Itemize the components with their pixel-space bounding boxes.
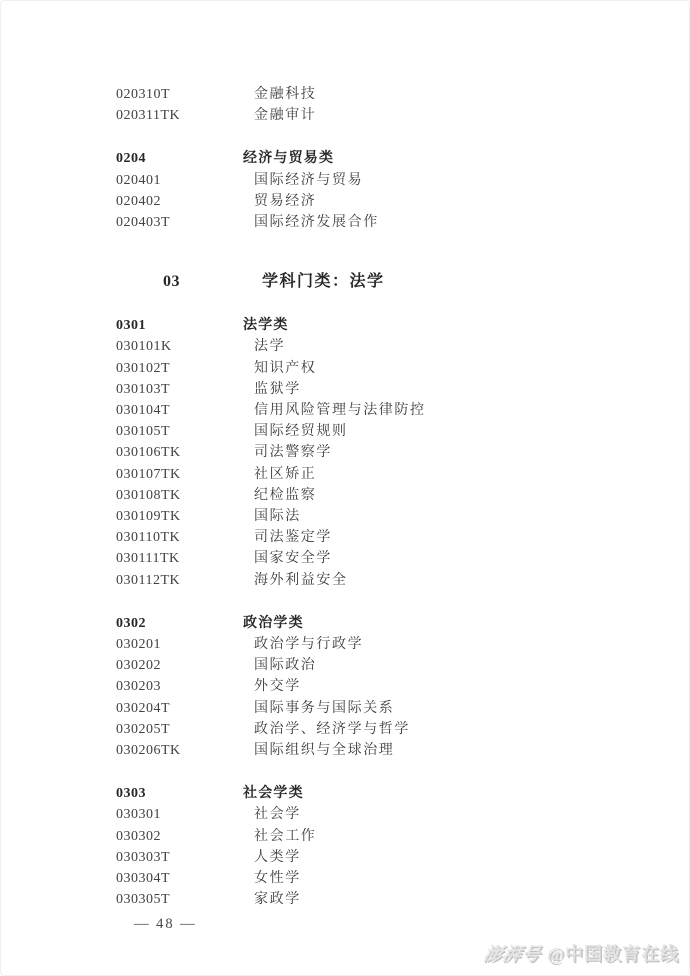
category-code: 0301: [116, 315, 243, 336]
major-rows: 030201 政治学与行政学 030202 国际政治 030203 外交学: [116, 634, 689, 761]
major-rows: 030301 社会学 030302 社会工作 030303T 人类学: [116, 804, 689, 910]
category-code: 0303: [116, 783, 243, 804]
table-row: 030201 政治学与行政学: [116, 634, 689, 655]
table-row: 020402 贸易经济: [116, 191, 689, 212]
major-name: 国际政治: [243, 655, 316, 676]
major-code: 030201: [116, 634, 243, 655]
major-name: 司法鉴定学: [243, 527, 332, 548]
major-code: 030302: [116, 826, 243, 847]
category-heading-row: 0303 社会学类: [116, 783, 689, 804]
major-group: 0204 经济与贸易类 020401 国际经济与贸易 020402 贸易经济: [116, 148, 689, 233]
discipline-section-code: 03: [163, 269, 258, 294]
major-code: 030304T: [116, 868, 243, 889]
major-name: 法学: [243, 336, 285, 357]
major-code: 030303T: [116, 847, 243, 868]
category-heading-row: 0302 政治学类: [116, 613, 689, 634]
major-name: 海外利益安全: [243, 570, 348, 591]
table-row: 030101K 法学: [116, 336, 689, 357]
major-name: 政治学、经济学与哲学: [243, 719, 410, 740]
major-code: 020311TK: [116, 105, 243, 126]
major-name: 信用风险管理与法律防控: [243, 400, 426, 421]
major-name: 社区矫正: [243, 464, 316, 485]
major-name: 外交学: [243, 676, 301, 697]
major-rows: 020310T 金融科技 020311TK 金融审计: [116, 84, 689, 126]
major-code: 030101K: [116, 336, 243, 357]
category-name: 法学类: [243, 315, 289, 336]
major-name: 国际经济与贸易: [243, 170, 363, 191]
major-name: 国际法: [243, 506, 301, 527]
major-code: 030112TK: [116, 570, 243, 591]
table-row: 030204T 国际事务与国际关系: [116, 698, 689, 719]
major-name: 国际事务与国际关系: [243, 698, 394, 719]
major-name: 纪检监察: [243, 485, 316, 506]
table-row: 030202 国际政治: [116, 655, 689, 676]
category-heading-row: 0204 经济与贸易类: [116, 148, 689, 169]
table-row: 030108TK 纪检监察: [116, 485, 689, 506]
major-code: 020310T: [116, 84, 243, 105]
major-name: 国家安全学: [243, 548, 332, 569]
category-code: 0302: [116, 613, 243, 634]
major-name: 国际组织与全球治理: [243, 740, 394, 761]
major-name: 社会工作: [243, 826, 316, 847]
table-row: 030110TK 司法鉴定学: [116, 527, 689, 548]
major-name: 司法警察学: [243, 442, 332, 463]
major-name: 监狱学: [243, 379, 301, 400]
category-code: 0204: [116, 148, 243, 169]
major-name: 人类学: [243, 847, 301, 868]
major-name: 贸易经济: [243, 191, 316, 212]
table-row: 030303T 人类学: [116, 847, 689, 868]
major-code: 030110TK: [116, 527, 243, 548]
table-row: 030112TK 海外利益安全: [116, 570, 689, 591]
watermark-account: @中国教育在线: [547, 944, 679, 964]
table-row: 030104T 信用风险管理与法律防控: [116, 400, 689, 421]
table-row: 020311TK 金融审计: [116, 105, 689, 126]
document-page: 020310T 金融科技 020311TK 金融审计 0204 经济与贸易类: [0, 0, 690, 976]
table-row: 030106TK 司法警察学: [116, 442, 689, 463]
major-rows: 030101K 法学 030102T 知识产权 030103T 监狱学: [116, 336, 689, 590]
major-name: 国际经贸规则: [243, 421, 348, 442]
category-name: 政治学类: [243, 613, 304, 634]
category-name: 经济与贸易类: [243, 148, 334, 169]
major-code: 020402: [116, 191, 243, 212]
major-name: 社会学: [243, 804, 301, 825]
major-code: 030305T: [116, 889, 243, 910]
major-rows: 020401 国际经济与贸易 020402 贸易经济 020403T 国际经济发…: [116, 170, 689, 234]
major-code: 030301: [116, 804, 243, 825]
major-catalog: 020310T 金融科技 020311TK 金融审计 0204 经济与贸易类: [1, 1, 689, 933]
major-code: 030107TK: [116, 464, 243, 485]
table-row: 030111TK 国家安全学: [116, 548, 689, 569]
major-code: 030102T: [116, 358, 243, 379]
discipline-section-heading: 03 学科门类：法学: [116, 269, 689, 294]
major-code: 030105T: [116, 421, 243, 442]
table-row: 030205T 政治学、经济学与哲学: [116, 719, 689, 740]
major-group: 020310T 金融科技 020311TK 金融审计: [116, 84, 689, 126]
table-row: 030102T 知识产权: [116, 358, 689, 379]
table-row: 020310T 金融科技: [116, 84, 689, 105]
table-row: 030103T 监狱学: [116, 379, 689, 400]
major-code: 030205T: [116, 719, 243, 740]
watermark: 澎湃号@中国教育在线: [484, 941, 679, 967]
major-name: 知识产权: [243, 358, 316, 379]
page-number: — 48 —: [134, 916, 689, 933]
table-row: 030301 社会学: [116, 804, 689, 825]
major-code: 020401: [116, 170, 243, 191]
category-name: 社会学类: [243, 783, 304, 804]
table-row: 030304T 女性学: [116, 868, 689, 889]
major-code: 030204T: [116, 698, 243, 719]
table-row: 030107TK 社区矫正: [116, 464, 689, 485]
major-name: 金融科技: [243, 84, 316, 105]
major-code: 030106TK: [116, 442, 243, 463]
table-row: 030305T 家政学: [116, 889, 689, 910]
major-name: 家政学: [243, 889, 301, 910]
table-row: 020401 国际经济与贸易: [116, 170, 689, 191]
major-code: 030111TK: [116, 548, 243, 569]
major-code: 030206TK: [116, 740, 243, 761]
table-row: 030206TK 国际组织与全球治理: [116, 740, 689, 761]
major-name: 女性学: [243, 868, 301, 889]
major-code: 030104T: [116, 400, 243, 421]
table-row: 020403T 国际经济发展合作: [116, 212, 689, 233]
major-group: 0302 政治学类 030201 政治学与行政学 030202 国际政治: [116, 613, 689, 761]
major-name: 政治学与行政学: [243, 634, 363, 655]
pengpai-logo: 澎湃号: [481, 941, 544, 967]
table-row: 030109TK 国际法: [116, 506, 689, 527]
major-code: 020403T: [116, 212, 243, 233]
major-code: 030202: [116, 655, 243, 676]
major-name: 金融审计: [243, 105, 316, 126]
major-name: 国际经济发展合作: [243, 212, 379, 233]
major-code: 030203: [116, 676, 243, 697]
discipline-section-title: 学科门类：法学: [262, 273, 385, 290]
major-group: 0303 社会学类 030301 社会学 030302 社会工作: [116, 783, 689, 910]
table-row: 030203 外交学: [116, 676, 689, 697]
category-heading-row: 0301 法学类: [116, 315, 689, 336]
major-code: 030109TK: [116, 506, 243, 527]
table-row: 030302 社会工作: [116, 826, 689, 847]
major-group: 0301 法学类 030101K 法学 030102T 知识产权: [116, 315, 689, 591]
major-code: 030108TK: [116, 485, 243, 506]
table-row: 030105T 国际经贸规则: [116, 421, 689, 442]
major-code: 030103T: [116, 379, 243, 400]
